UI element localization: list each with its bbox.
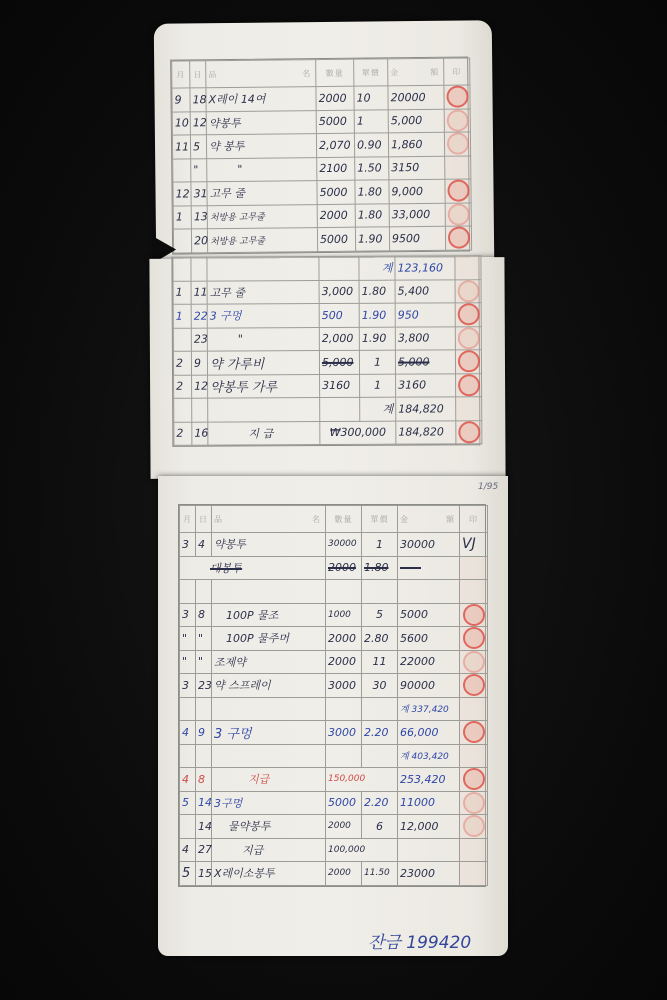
cell-day: 5 <box>190 135 206 159</box>
cell-amount-paid: 100,000 <box>326 838 398 862</box>
ledger-row: 2 12 약봉투 가루 3160 1 3160 <box>174 373 482 398</box>
cell-qty: 1000 <box>326 603 362 627</box>
cell-amount: 9,000 <box>389 179 445 203</box>
cell-unit: 1.90 <box>359 303 395 327</box>
cell-unit: 30 <box>362 674 398 698</box>
red-seal-stamp-icon <box>447 180 469 202</box>
cell-seal <box>460 862 488 886</box>
cell-month: 4 <box>180 768 196 792</box>
cell-seal <box>460 627 488 651</box>
cell-day: 8 <box>196 768 212 792</box>
cell-seal <box>455 279 481 303</box>
cell-day: 9 <box>191 351 207 375</box>
cell-qty: 2000 <box>326 862 362 886</box>
cell-unit: 2.20 <box>362 721 398 745</box>
cell-amount: 23000 <box>398 862 460 886</box>
header-item-name: 品名 <box>212 506 326 533</box>
balance-note: 잔금 199420 <box>368 928 471 953</box>
ledger-payment-row: 2 16 지 급 ₩300,000 184,820 <box>174 420 482 445</box>
cell-amount <box>398 556 460 580</box>
header-day: 日 <box>196 506 212 533</box>
header-day: 日 <box>190 61 206 88</box>
cell-day: 4 <box>196 533 212 557</box>
cell-seal <box>445 226 471 250</box>
cell-seal <box>456 373 482 397</box>
ledger-row: " " 100P 물주머 2000 2.80 5600 <box>180 627 488 651</box>
cell-qty: 30000 <box>326 533 362 557</box>
cell-item: 3 구멍 <box>207 304 319 328</box>
cell-month: 10 <box>172 111 190 135</box>
red-seal-stamp-icon <box>457 327 479 349</box>
cell-item: 물약봉투 <box>212 815 326 839</box>
cell-amount: 5,000 <box>388 109 444 133</box>
header-amount: 金額 <box>398 506 460 533</box>
cell-item: " <box>207 327 319 351</box>
cell-unit: 1 <box>360 374 396 398</box>
cell-amount: 1,860 <box>388 132 444 156</box>
cell-unit: 1 <box>354 109 388 133</box>
cell-qty: 2000 <box>317 204 355 228</box>
cell-amount: 950 <box>395 303 455 327</box>
cell-qty: 5,000 <box>319 350 359 374</box>
cell-day: " <box>196 650 212 674</box>
cell-qty: 5000 <box>316 110 354 134</box>
cell-amount: 12,000 <box>398 815 460 839</box>
cell-qty: 2000 <box>316 86 354 110</box>
cell-amount: 3150 <box>389 156 445 180</box>
cell-day: 12 <box>190 111 206 135</box>
header-month: 月 <box>180 506 196 533</box>
cell-unit: 1.50 <box>355 156 389 180</box>
cell-day: 13 <box>191 205 207 229</box>
ledger-row: 10 12 약봉투 5000 1 5,000 <box>172 108 470 135</box>
cell-month: 5 <box>180 862 196 886</box>
ledger-row: 1 11 고무 줄 3,000 1.80 5,400 <box>173 279 481 304</box>
cell-item: 고무 줄 <box>207 280 319 304</box>
red-seal-stamp-icon <box>463 792 485 814</box>
cell-amount: 20000 <box>388 85 444 109</box>
cell-month <box>173 158 191 182</box>
ledger-page-top: 月 日 品名 數量 單價 金額 印 9 18 X레이 14여 2000 10 2… <box>154 20 494 264</box>
ledger-subtotal-row: 계 337,420 <box>180 697 488 721</box>
cell-day: 9 <box>196 721 212 745</box>
cell-seal <box>445 155 471 179</box>
cell-day: 23 <box>191 328 207 352</box>
red-seal-stamp-icon <box>446 86 468 108</box>
cell-seal <box>456 420 482 444</box>
cell-month <box>173 229 191 253</box>
cell-month <box>173 328 191 352</box>
cell-month: " <box>180 627 196 651</box>
cell-seal <box>455 303 481 327</box>
ledger-page-middle: 계 123,160 1 11 고무 줄 3,000 1.80 5,400 1 2… <box>149 257 505 479</box>
cell-unit: 10 <box>354 86 388 110</box>
header-item-name: 品名 <box>206 60 316 88</box>
ledger-header-row: 月 日 品名 數量 單價 金額 印 <box>180 506 488 533</box>
cell-qty: 5000 <box>317 180 355 204</box>
cell-qty: 2000 <box>326 556 362 580</box>
red-seal-stamp-icon <box>457 280 479 302</box>
cell-item: 조제약 <box>212 650 326 674</box>
ledger-row: 3 23 약 스프레이 3000 30 90000 <box>180 674 488 698</box>
cell-item: 처방용 고무줄 <box>207 204 317 229</box>
cell-day: 15 <box>196 862 212 886</box>
ledger-subtotal-row: 계 184,820 <box>174 397 482 422</box>
cell-seal <box>444 85 470 109</box>
cell-month: 1 <box>173 281 191 305</box>
cell-qty: 2,000 <box>319 327 359 351</box>
cell-item: 고무 줄 <box>207 181 317 206</box>
ledger-payment-row: 4 27 지급 100,000 <box>180 838 488 862</box>
cell-amount: 33,000 <box>389 203 445 227</box>
cell-item: X레이소봉투 <box>212 862 326 886</box>
cell-seal <box>460 838 488 862</box>
header-seal: 印 <box>460 506 488 533</box>
ledger-row: 12 31 고무 줄 5000 1.80 9,000 <box>173 179 471 206</box>
cell-month: 3 <box>180 533 196 557</box>
cell-month: 1 <box>173 304 191 328</box>
cell-item: 약 봉투 <box>206 134 316 159</box>
cell-margin-note: VJ <box>460 533 488 557</box>
red-seal-stamp-icon <box>447 227 469 249</box>
cell-seal <box>445 202 471 226</box>
cell-item: 100P 물조 <box>212 603 326 627</box>
cell-amount: 5,400 <box>395 279 455 303</box>
red-seal-stamp-icon <box>463 627 485 649</box>
cell-unit: 1.90 <box>359 327 395 351</box>
cell-seal <box>460 791 488 815</box>
cell-item: 3구멍 <box>212 791 326 815</box>
cell-amount: 3,800 <box>395 326 455 350</box>
cell-qty: 2000 <box>326 815 362 839</box>
cell-unit: 5 <box>362 603 398 627</box>
cell-unit: 2.80 <box>362 627 398 651</box>
red-seal-stamp-icon <box>463 815 485 837</box>
cell-unit: 11 <box>362 650 398 674</box>
cell-month: 11 <box>172 135 190 159</box>
cell-amount: 253,420 <box>398 768 460 792</box>
cell-amount: 9500 <box>389 226 445 250</box>
cell-amount: 90000 <box>398 674 460 698</box>
cell-amount: 5000 <box>398 603 460 627</box>
ledger-row: 1 22 3 구멍 500 1.90 950 <box>173 303 481 328</box>
cell-day: 27 <box>196 838 212 862</box>
cell-qty: 2,070 <box>316 133 354 157</box>
cell-amount: 5,000 <box>395 350 455 374</box>
ledger-row-empty <box>180 580 488 604</box>
cell-item: 약봉투 <box>206 110 316 135</box>
header-amount: 金額 <box>388 58 444 86</box>
ledger-subtotal-row: 계 123,160 <box>173 256 481 281</box>
red-seal-stamp-icon <box>446 133 468 155</box>
red-seal-stamp-icon <box>463 604 485 626</box>
cell-item: 약 가루비 <box>207 351 319 375</box>
cell-unit: 1.80 <box>362 556 398 580</box>
ledger-payment-row: 4 8 지급 150,000 253,420 <box>180 768 488 792</box>
ledger-row: 20 처방용 고무줄 5000 1.90 9500 <box>173 226 471 253</box>
cell-month: " <box>180 650 196 674</box>
cell-qty: 2000 <box>326 627 362 651</box>
cell-qty: 3,000 <box>319 280 359 304</box>
cell-unit: 1.90 <box>355 227 389 251</box>
ledger-row: 5 15 X레이소봉투 2000 11.50 23000 <box>180 862 488 886</box>
corner-note: 1/95 <box>478 482 498 492</box>
red-seal-stamp-icon <box>463 651 485 673</box>
cell-qty: 5000 <box>317 227 355 251</box>
cell-amount: 66,000 <box>398 721 460 745</box>
red-seal-stamp-icon <box>463 674 485 696</box>
header-quantity: 數量 <box>326 506 362 533</box>
cell-item: 100P 물주머 <box>212 627 326 651</box>
cell-item: X레이 14여 <box>206 87 316 112</box>
cell-day: 12 <box>192 375 208 399</box>
cell-unit: 6 <box>362 815 398 839</box>
ledger-row: 2 9 약 가루비 5,000 1 5,000 <box>173 350 481 375</box>
cell-seal <box>460 815 488 839</box>
cell-seal <box>444 108 470 132</box>
ledger-table-middle: 계 123,160 1 11 고무 줄 3,000 1.80 5,400 1 2… <box>171 255 480 447</box>
cell-seal <box>445 179 471 203</box>
cell-item: 약봉투 가루 <box>208 374 320 398</box>
cell-item: 약 스프레이 <box>212 674 326 698</box>
cell-day: " <box>196 627 212 651</box>
red-seal-stamp-icon <box>463 768 485 790</box>
cell-day: 23 <box>196 674 212 698</box>
cell-month: 1 <box>173 205 191 229</box>
cell-day: 8 <box>196 603 212 627</box>
cell-seal <box>460 650 488 674</box>
ledger-row: 4 9 3 구멍 3000 2.20 66,000 <box>180 721 488 745</box>
red-seal-stamp-icon <box>447 203 469 225</box>
cell-qty: 2000 <box>326 650 362 674</box>
cell-unit: 0.90 <box>354 133 388 157</box>
ledger-row: " " 2100 1.50 3150 <box>173 155 471 182</box>
cell-day: 16 <box>192 422 208 446</box>
cell-item: 지급 <box>212 768 326 792</box>
cell-month: 2 <box>173 351 191 375</box>
red-seal-stamp-icon <box>457 303 479 325</box>
cell-seal <box>455 326 481 350</box>
cell-amount: 184,820 <box>396 420 456 444</box>
cell-day: " <box>191 158 207 182</box>
ledger-row: 11 5 약 봉투 2,070 0.90 1,860 <box>172 132 470 159</box>
cell-item-struck: 대봉투 <box>180 556 326 580</box>
cell-month: 12 <box>173 182 191 206</box>
cell-qty: 3000 <box>326 674 362 698</box>
ledger-row: 9 18 X레이 14여 2000 10 20000 <box>172 85 470 112</box>
ledger-table-bottom: 月 日 品名 數量 單價 金額 印 3 4 약봉투 30000 1 30000 <box>178 504 486 887</box>
cell-subtotal-amount: 계 403,420 <box>398 744 460 768</box>
ledger-subtotal-row: 계 403,420 <box>180 744 488 768</box>
cell-subtotal-label: 계 <box>359 256 395 280</box>
cell-qty: 2100 <box>317 157 355 181</box>
header-month: 月 <box>172 61 190 88</box>
cell-subtotal-label: 계 <box>360 397 396 421</box>
cell-amount: 30000 <box>398 533 460 557</box>
ledger-row: 3 4 약봉투 30000 1 30000 VJ <box>180 533 488 557</box>
cell-amount: 5600 <box>398 627 460 651</box>
cell-qty: 500 <box>319 303 359 327</box>
ledger-row: 14 물약봉투 2000 6 12,000 <box>180 815 488 839</box>
cell-amount <box>398 838 460 862</box>
cell-item: 3 구멍 <box>212 721 326 745</box>
header-unit-price: 單價 <box>362 506 398 533</box>
cell-subtotal-amount: 184,820 <box>396 397 456 421</box>
cell-day: 20 <box>191 229 207 253</box>
red-seal-stamp-icon <box>463 721 485 743</box>
cell-subtotal-amount: 계 337,420 <box>398 697 460 721</box>
ledger-row: 1 13 처방용 고무줄 2000 1.80 33,000 <box>173 202 471 229</box>
cell-seal <box>444 132 470 156</box>
cell-month: 4 <box>180 721 196 745</box>
ledger-row: 5 14 3구멍 5000 2.20 11000 <box>180 791 488 815</box>
cell-qty: 3000 <box>326 721 362 745</box>
cell-item: 약봉투 <box>212 533 326 557</box>
cell-day: 18 <box>190 88 206 112</box>
cell-amount-paid: 150,000 <box>326 768 398 792</box>
cell-unit: 1.80 <box>355 203 389 227</box>
header-unit-price: 單價 <box>354 59 388 86</box>
red-seal-stamp-icon <box>458 374 480 396</box>
cell-item: 처방용 고무줄 <box>207 228 317 253</box>
cell-seal <box>460 768 488 792</box>
cell-month: 2 <box>174 375 192 399</box>
cell-unit: 11.50 <box>362 862 398 886</box>
cell-unit: 1.80 <box>359 280 395 304</box>
cell-seal <box>460 721 488 745</box>
cell-month: 2 <box>174 422 192 446</box>
cell-day: 14 <box>196 815 212 839</box>
cell-month: 3 <box>180 674 196 698</box>
cell-item: " <box>207 157 317 182</box>
cell-qty: 3160 <box>320 374 360 398</box>
cell-day: 14 <box>196 791 212 815</box>
cell-item: 지급 <box>212 838 326 862</box>
cell-amount: 11000 <box>398 791 460 815</box>
cell-subtotal-amount: 123,160 <box>395 256 455 280</box>
header-seal: 印 <box>444 58 470 85</box>
cell-month: 3 <box>180 603 196 627</box>
cell-month: 5 <box>180 791 196 815</box>
cell-seal <box>455 350 481 374</box>
cell-amount-paid: ₩300,000 <box>320 421 396 445</box>
red-seal-stamp-icon <box>457 350 479 372</box>
cell-day: 11 <box>191 281 207 305</box>
ledger-table-top: 月 日 品名 數量 單價 金額 印 9 18 X레이 14여 2000 10 2… <box>170 56 470 254</box>
red-seal-stamp-icon <box>446 109 468 131</box>
cell-amount: 22000 <box>398 650 460 674</box>
ledger-row: " " 조제약 2000 11 22000 <box>180 650 488 674</box>
cell-item: 지 급 <box>208 421 320 445</box>
cell-seal <box>460 674 488 698</box>
cell-month <box>180 815 196 839</box>
ledger-header-row: 月 日 品名 數量 單價 金額 印 <box>172 58 470 88</box>
cell-day: 31 <box>191 182 207 206</box>
red-seal-stamp-icon <box>458 421 480 443</box>
cell-unit: 1 <box>359 350 395 374</box>
cell-month: 4 <box>180 838 196 862</box>
cell-qty: 5000 <box>326 791 362 815</box>
header-quantity: 數量 <box>316 59 354 86</box>
ledger-row: 3 8 100P 물조 1000 5 5000 <box>180 603 488 627</box>
cell-unit: 2.20 <box>362 791 398 815</box>
cell-month: 9 <box>172 88 190 112</box>
cell-seal <box>460 603 488 627</box>
cell-amount: 3160 <box>396 373 456 397</box>
cell-unit: 1 <box>362 533 398 557</box>
ledger-page-bottom: 1/95 月 日 品名 數量 單價 金額 印 3 4 약봉투 <box>158 476 508 956</box>
ledger-row: 23 " 2,000 1.90 3,800 <box>173 326 481 351</box>
cell-unit: 1.80 <box>355 180 389 204</box>
cell-day: 22 <box>191 304 207 328</box>
ledger-row: 대봉투 2000 1.80 <box>180 556 488 580</box>
